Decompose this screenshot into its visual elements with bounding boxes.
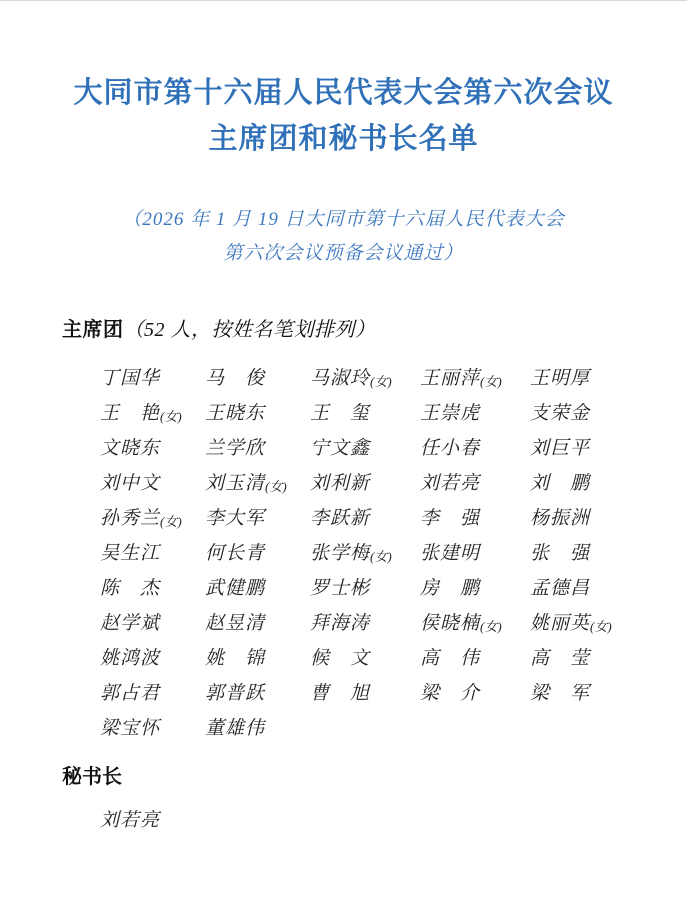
presidium-member: 孟德昌 — [530, 573, 625, 600]
member-name: 何长青 — [205, 543, 265, 564]
member-name: 姚鸿波 — [100, 648, 160, 669]
presidium-member: 赵昱清 — [205, 608, 310, 635]
member-name: 姚 锦 — [205, 648, 265, 669]
member-name: 李大军 — [205, 508, 265, 529]
presidium-member: 姚鸿波 — [100, 643, 205, 670]
gender-tag: (女) — [480, 374, 502, 389]
member-name: 侯晓楠 — [420, 613, 480, 634]
presidium-member: 曹 旭 — [310, 678, 420, 705]
presidium-member: 张学梅(女) — [310, 538, 420, 565]
presidium-member: 武健鹏 — [205, 573, 310, 600]
member-name: 梁宝怀 — [100, 718, 160, 739]
presidium-member: 丁国华 — [100, 363, 205, 390]
presidium-member: 梁宝怀 — [100, 713, 205, 740]
presidium-member: 陈 杰 — [100, 573, 205, 600]
member-name: 高 伟 — [420, 648, 480, 669]
member-name: 李 强 — [420, 508, 480, 529]
member-name: 赵昱清 — [205, 613, 265, 634]
presidium-member: 房 鹏 — [420, 573, 530, 600]
presidium-member: 赵学斌 — [100, 608, 205, 635]
member-name: 王 玺 — [310, 403, 370, 424]
member-name: 刘若亮 — [420, 473, 480, 494]
member-name: 刘巨平 — [530, 438, 590, 459]
presidium-member: 任小春 — [420, 433, 530, 460]
member-name: 宁文鑫 — [310, 438, 370, 459]
document-subtitle: （2026 年 1 月 19 日大同市第十六届人民代表大会 第六次会议预备会议通… — [62, 203, 625, 271]
presidium-member: 张 强 — [530, 538, 625, 565]
presidium-member: 李大军 — [205, 503, 310, 530]
document-title: 大同市第十六届人民代表大会第六次会议 主席团和秘书长名单 — [62, 71, 625, 163]
member-name: 马 俊 — [205, 368, 265, 389]
member-name: 郭普跃 — [205, 683, 265, 704]
presidium-member: 王崇虎 — [420, 398, 530, 425]
presidium-member: 刘利新 — [310, 468, 420, 495]
gender-tag: (女) — [590, 619, 612, 634]
member-name: 姚丽英 — [530, 613, 590, 634]
member-name: 王晓东 — [205, 403, 265, 424]
presidium-member: 支荣金 — [530, 398, 625, 425]
presidium-member: 刘玉清(女) — [205, 468, 310, 495]
member-name: 赵学斌 — [100, 613, 160, 634]
presidium-member: 董雄伟 — [205, 713, 310, 740]
presidium-heading-label: 主席团 — [62, 319, 124, 341]
presidium-member: 李跃新 — [310, 503, 420, 530]
presidium-member: 王丽萍(女) — [420, 363, 530, 390]
member-name: 王 艳 — [100, 403, 160, 424]
member-name: 候 文 — [310, 648, 370, 669]
secretary-section-heading: 秘书长 — [62, 760, 625, 789]
presidium-member: 马 俊 — [205, 363, 310, 390]
member-name: 武健鹏 — [205, 578, 265, 599]
member-name: 梁 军 — [530, 683, 590, 704]
presidium-member: 梁 介 — [420, 678, 530, 705]
member-name: 梁 介 — [420, 683, 480, 704]
member-name: 李跃新 — [310, 508, 370, 529]
member-name: 张建明 — [420, 543, 480, 564]
presidium-member: 姚丽英(女) — [530, 608, 625, 635]
member-name: 刘 鹏 — [530, 473, 590, 494]
presidium-member: 高 伟 — [420, 643, 530, 670]
subtitle-line-1: （2026 年 1 月 19 日大同市第十六届人民代表大会 — [122, 209, 564, 230]
presidium-member: 吴生江 — [100, 538, 205, 565]
member-name: 张 强 — [530, 543, 590, 564]
member-name: 刘中文 — [100, 473, 160, 494]
gender-tag: (女) — [160, 514, 182, 529]
presidium-member: 张建明 — [420, 538, 530, 565]
member-name: 王明厚 — [530, 368, 590, 389]
presidium-section-heading: 主席团（52 人，按姓名笔划排列） — [62, 317, 625, 343]
member-name: 孙秀兰 — [100, 508, 160, 529]
title-line-1: 大同市第十六届人民代表大会第六次会议 — [73, 77, 613, 109]
presidium-name-grid: 丁国华马 俊马淑玲(女)王丽萍(女)王明厚王 艳(女)王晓东王 玺王崇虎支荣金文… — [100, 359, 625, 744]
presidium-heading-note: （52 人，按姓名笔划排列） — [124, 319, 376, 341]
gender-tag: (女) — [265, 479, 287, 494]
member-name: 丁国华 — [100, 368, 160, 389]
presidium-member: 高 莹 — [530, 643, 625, 670]
member-name: 支荣金 — [530, 403, 590, 424]
presidium-member: 文晓东 — [100, 433, 205, 460]
presidium-member: 王 玺 — [310, 398, 420, 425]
gender-tag: (女) — [480, 619, 502, 634]
presidium-member: 刘 鹏 — [530, 468, 625, 495]
presidium-member: 王 艳(女) — [100, 398, 205, 425]
presidium-member: 罗士彬 — [310, 573, 420, 600]
presidium-member: 马淑玲(女) — [310, 363, 420, 390]
presidium-member: 王晓东 — [205, 398, 310, 425]
member-name: 罗士彬 — [310, 578, 370, 599]
member-name: 孟德昌 — [530, 578, 590, 599]
member-name: 王崇虎 — [420, 403, 480, 424]
presidium-member: 候 文 — [310, 643, 420, 670]
title-line-2: 主席团和秘书长名单 — [208, 123, 478, 155]
member-name: 张学梅 — [310, 543, 370, 564]
presidium-member: 侯晓楠(女) — [420, 608, 530, 635]
member-name: 文晓东 — [100, 438, 160, 459]
member-name: 杨振洲 — [530, 508, 590, 529]
gender-tag: (女) — [370, 549, 392, 564]
presidium-member: 刘若亮 — [420, 468, 530, 495]
member-name: 刘利新 — [310, 473, 370, 494]
presidium-member: 李 强 — [420, 503, 530, 530]
presidium-member: 刘中文 — [100, 468, 205, 495]
presidium-member: 拜海涛 — [310, 608, 420, 635]
presidium-member: 刘巨平 — [530, 433, 625, 460]
member-name: 任小春 — [420, 438, 480, 459]
secretary-name: 刘若亮 — [100, 805, 625, 832]
presidium-member: 宁文鑫 — [310, 433, 420, 460]
presidium-member: 郭占君 — [100, 678, 205, 705]
member-name: 吴生江 — [100, 543, 160, 564]
presidium-member: 兰学欣 — [205, 433, 310, 460]
presidium-member: 孙秀兰(女) — [100, 503, 205, 530]
presidium-member: 郭普跃 — [205, 678, 310, 705]
member-name: 王丽萍 — [420, 368, 480, 389]
subtitle-line-2: 第六次会议预备会议通过） — [223, 243, 463, 264]
member-name: 郭占君 — [100, 683, 160, 704]
member-name: 高 莹 — [530, 648, 590, 669]
member-name: 刘玉清 — [205, 473, 265, 494]
presidium-member: 王明厚 — [530, 363, 625, 390]
member-name: 陈 杰 — [100, 578, 160, 599]
member-name: 董雄伟 — [205, 718, 265, 739]
presidium-member: 何长青 — [205, 538, 310, 565]
member-name: 房 鹏 — [420, 578, 480, 599]
member-name: 马淑玲 — [310, 368, 370, 389]
presidium-member: 梁 军 — [530, 678, 625, 705]
member-name: 兰学欣 — [205, 438, 265, 459]
presidium-member: 姚 锦 — [205, 643, 310, 670]
document-page: 大同市第十六届人民代表大会第六次会议 主席团和秘书长名单 （2026 年 1 月… — [0, 0, 687, 900]
gender-tag: (女) — [370, 374, 392, 389]
member-name: 拜海涛 — [310, 613, 370, 634]
gender-tag: (女) — [160, 409, 182, 424]
member-name: 曹 旭 — [310, 683, 370, 704]
presidium-member: 杨振洲 — [530, 503, 625, 530]
